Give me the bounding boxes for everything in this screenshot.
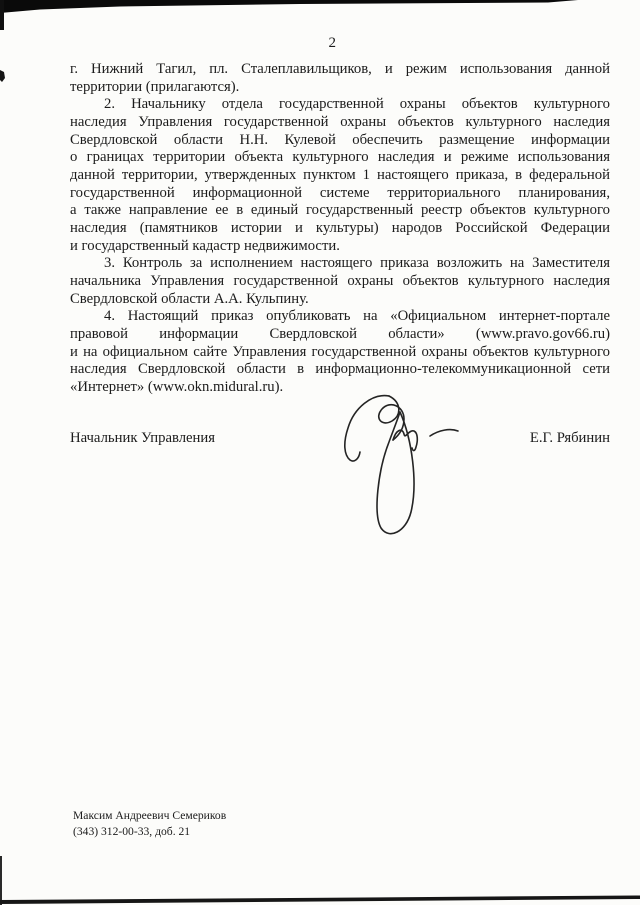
- text-line: правовой информации Свердловской области…: [70, 326, 610, 344]
- scan-artifact-left-top: [0, 0, 4, 30]
- handwritten-signature: [327, 391, 479, 543]
- text-line: начальника Управления государственной ох…: [70, 273, 610, 291]
- text-line: 4. Настоящий приказ опубликовать на «Офи…: [70, 308, 610, 326]
- footer-contact: Максим Андреевич Семериков (343) 312-00-…: [73, 808, 226, 839]
- paragraph: 4. Настоящий приказ опубликовать на «Офи…: [70, 308, 610, 396]
- text-line: территории (прилагаются).: [70, 79, 610, 97]
- body-text: г. Нижний Тагил, пл. Сталеплавильщиков, …: [70, 61, 610, 396]
- text-line: о границах территории объекта культурног…: [70, 149, 610, 167]
- text-line: данной территории, утвержденных пунктом …: [70, 167, 610, 185]
- paragraph: г. Нижний Тагил, пл. Сталеплавильщиков, …: [70, 61, 610, 96]
- text-line: г. Нижний Тагил, пл. Сталеплавильщиков, …: [70, 61, 610, 79]
- text-line: наследия (памятников истории и культуры)…: [70, 220, 610, 238]
- text-line: а также направление ее в единый государс…: [70, 202, 610, 220]
- footer-contact-phone: (343) 312-00-33, доб. 21: [73, 824, 226, 840]
- signer-name: Е.Г. Рябинин: [530, 430, 610, 448]
- signature-stroke: [345, 396, 389, 461]
- text-line: и на официальном сайте Управления госуда…: [70, 344, 610, 362]
- scan-artifact-bottom-band: [0, 896, 640, 905]
- footer-contact-name: Максим Андреевич Семериков: [73, 808, 226, 824]
- scan-artifact-top-band: [0, 0, 578, 13]
- text-line: 3. Контроль за исполнением настоящего пр…: [70, 255, 610, 273]
- paragraph: 2. Начальнику отдела государственной охр…: [70, 96, 610, 255]
- paragraph: 3. Контроль за исполнением настоящего пр…: [70, 255, 610, 308]
- text-line: государственной информационной системе т…: [70, 185, 610, 203]
- text-line: наследия Управления государственной охра…: [70, 114, 610, 132]
- document-page: 2 г. Нижний Тагил, пл. Сталеплавильщиков…: [0, 0, 640, 905]
- scan-artifact-left-blob: [0, 70, 5, 82]
- signature-row: Начальник Управления Е.Г. Рябинин: [70, 430, 610, 448]
- text-line: и государственный кадастр недвижимости.: [70, 238, 610, 256]
- text-line: Свердловской области А.А. Кульпину.: [70, 291, 610, 309]
- scan-artifact-left-bottom-line: [0, 856, 2, 905]
- text-line: наследия Свердловской области в информац…: [70, 361, 610, 379]
- signature-position-label: Начальник Управления: [70, 430, 215, 448]
- text-line: Свердловской области Н.Н. Кулевой обеспе…: [70, 132, 610, 150]
- page-number: 2: [70, 35, 595, 52]
- text-line: 2. Начальнику отдела государственной охр…: [70, 96, 610, 114]
